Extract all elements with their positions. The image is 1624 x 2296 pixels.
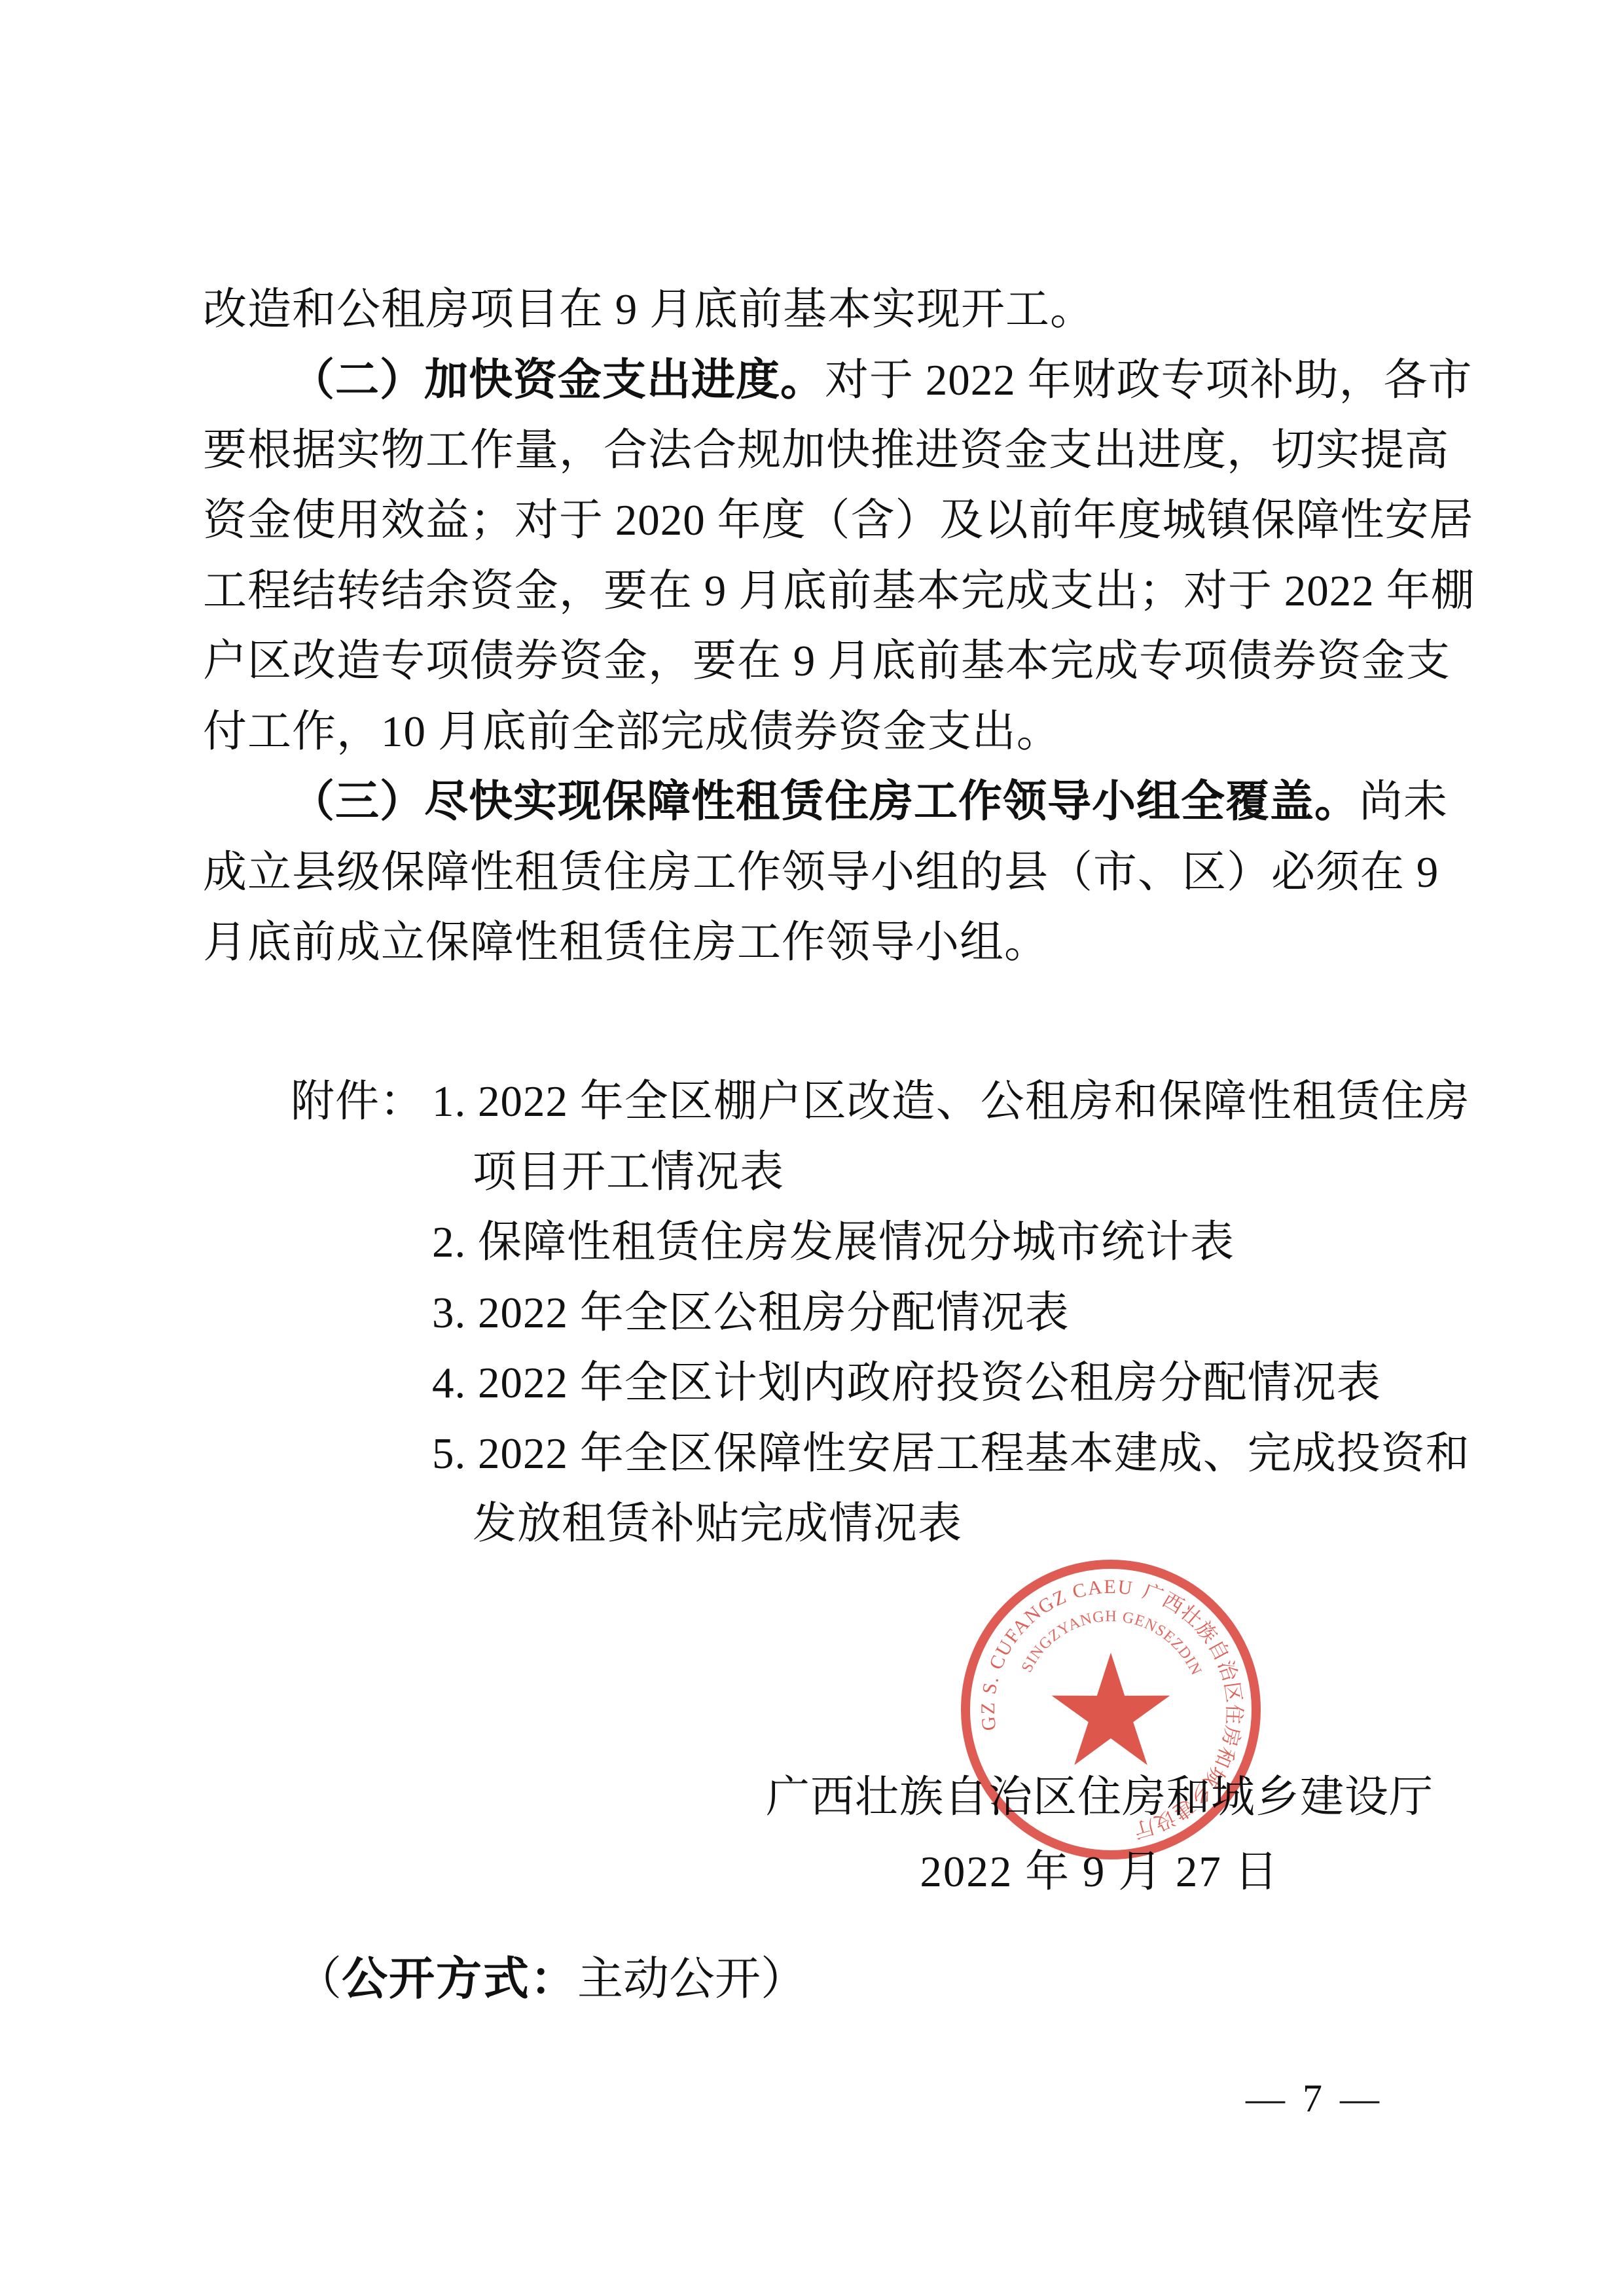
document-page: 改造和公租房项目在 9 月底前基本实现开工。 （二）加快资金支出进度。对于 20… — [0, 0, 1624, 2296]
body-line-4: 资金使用效益；对于 2020 年度（含）及以前年度城镇保障性安居 — [203, 499, 1474, 543]
body-line-1: 改造和公租房项目在 9 月底前基本实现开工。 — [203, 288, 1094, 332]
disclosure-paren-open: （ — [296, 1954, 342, 2005]
body-line-9-text: 成立县级保障性租赁住房工作领导小组的县（市、区）必须在 9 — [203, 848, 1439, 897]
body-line-5: 工程结转结余资金，要在 9 月底前基本完成支出；对于 2022 年棚 — [203, 569, 1475, 613]
disclosure-value: 主动公开 — [577, 1954, 761, 2005]
disclosure-label: 公开方式： — [342, 1953, 577, 2004]
body-line-2-bold: （二）加快资金支出进度。 — [291, 356, 825, 404]
body-line-6-text: 户区改造专项债券资金，要在 9 月底前基本完成专项债券资金支 — [203, 637, 1451, 685]
body-line-8-text: 尚未 — [1359, 778, 1448, 826]
star-icon — [1052, 1653, 1170, 1765]
attachment-item-5-cont: 发放租赁补贴完成情况表 — [473, 1502, 962, 1546]
official-seal: GZ S. CUFANGZ CAEUQ 广西壮族自治区住房和城乡建设厅 SING… — [947, 1546, 1274, 1873]
body-line-2: （二）加快资金支出进度。对于 2022 年财政专项补助，各市 — [291, 359, 1473, 403]
body-line-5-text: 工程结转结余资金，要在 9 月底前基本完成支出；对于 2022 年棚 — [203, 567, 1475, 615]
body-line-9: 成立县级保障性租赁住房工作领导小组的县（市、区）必须在 9 — [203, 851, 1439, 895]
disclosure-line: （公开方式：主动公开） — [296, 1956, 806, 2003]
page-number: — 7 — — [1246, 2079, 1383, 2118]
body-line-8-bold: （三）尽快实现保障性租赁住房工作领导小组全覆盖。 — [291, 778, 1359, 826]
body-line-10: 月底前成立保障性租赁住房工作领导小组。 — [203, 921, 1049, 965]
attachment-item-5: 5. 2022 年全区保障性安居工程基本建成、完成投资和 — [432, 1432, 1470, 1476]
attachment-item-1: 1. 2022 年全区棚户区改造、公租房和保障性租赁住房 — [432, 1080, 1470, 1124]
attachment-item-4: 4. 2022 年全区计划内政府投资公租房分配情况表 — [432, 1361, 1381, 1405]
body-line-8: （三）尽快实现保障性租赁住房工作领导小组全覆盖。尚未 — [291, 780, 1448, 824]
body-line-7-text: 付工作，10 月底前全部完成债券资金支出。 — [203, 708, 1061, 756]
body-line-6: 户区改造专项债券资金，要在 9 月底前基本完成专项债券资金支 — [203, 639, 1451, 683]
body-line-1-text: 改造和公租房项目在 9 月底前基本实现开工。 — [203, 285, 1094, 334]
attachment-item-3: 3. 2022 年全区公租房分配情况表 — [432, 1291, 1070, 1335]
body-line-7: 付工作，10 月底前全部完成债券资金支出。 — [203, 710, 1061, 754]
body-line-3-text: 要根据实物工作量，合法合规加快推进资金支出进度，切实提高 — [203, 426, 1449, 475]
official-seal-svg: GZ S. CUFANGZ CAEUQ 广西壮族自治区住房和城乡建设厅 SING… — [947, 1546, 1274, 1873]
disclosure-paren-close: ） — [761, 1954, 806, 2005]
body-line-2-text: 对于 2022 年财政专项补助，各市 — [825, 356, 1473, 404]
body-line-10-text: 月底前成立保障性租赁住房工作领导小组。 — [203, 918, 1049, 967]
body-line-4-text: 资金使用效益；对于 2020 年度（含）及以前年度城镇保障性安居 — [203, 496, 1474, 545]
body-line-3: 要根据实物工作量，合法合规加快推进资金支出进度，切实提高 — [203, 429, 1449, 473]
attachment-label: 附件： — [291, 1080, 424, 1124]
attachment-item-1-cont: 项目开工情况表 — [473, 1151, 784, 1194]
attachment-item-2: 2. 保障性租赁住房发展情况分城市统计表 — [432, 1221, 1235, 1265]
